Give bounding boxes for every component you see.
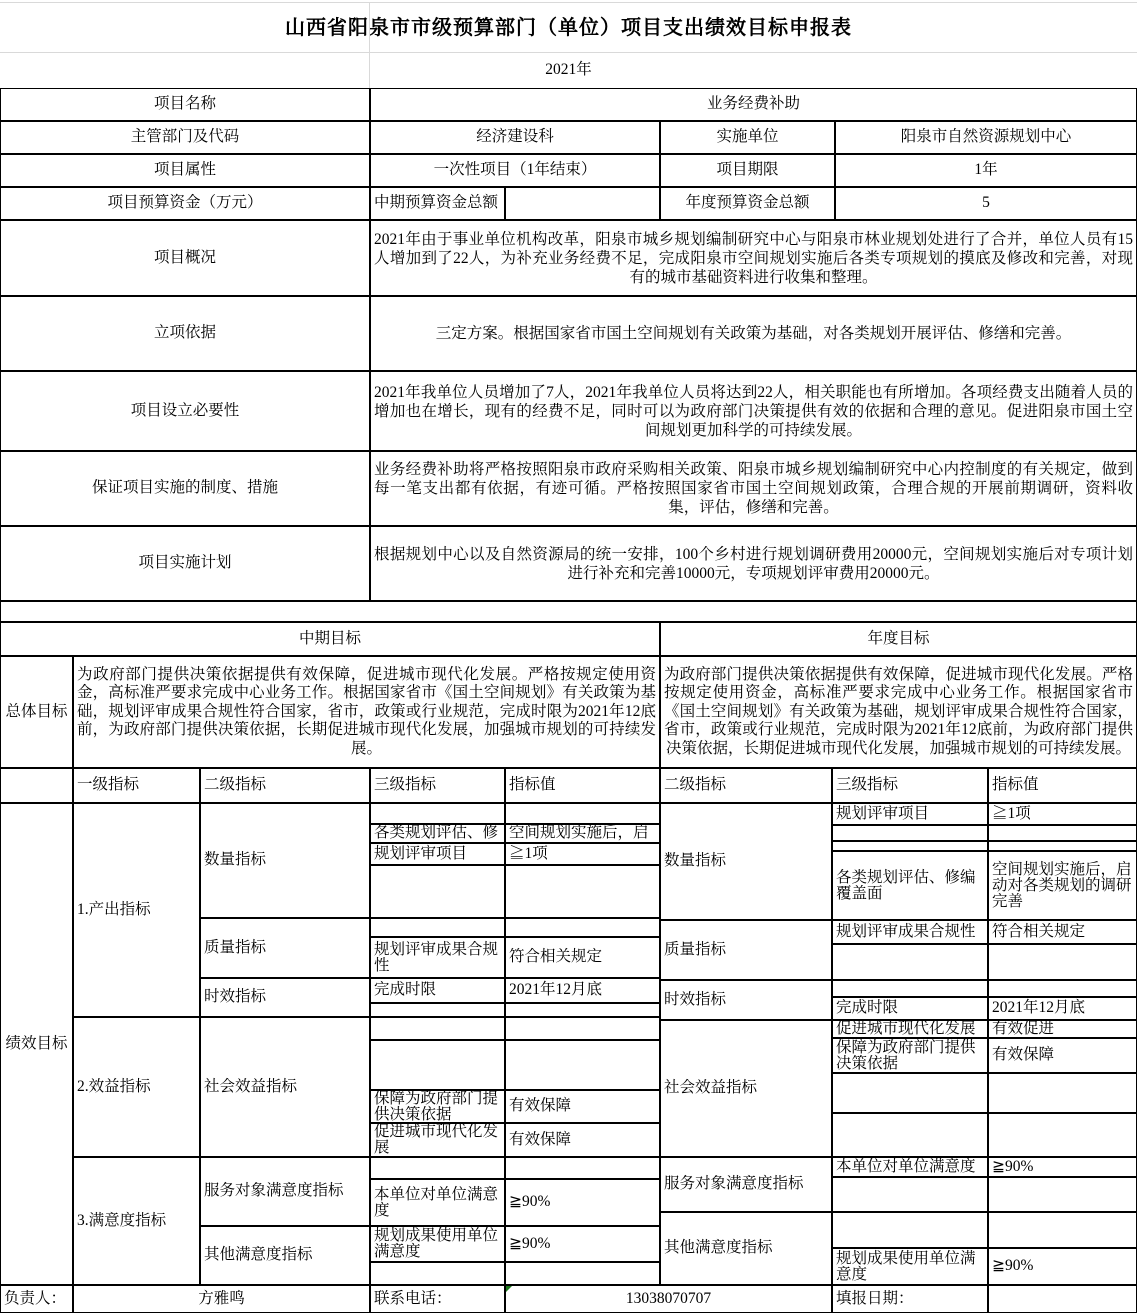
annual-compliance-name: 规划评审成果合规性 bbox=[832, 920, 988, 944]
annual-quantity-label: 数量指标 bbox=[660, 803, 832, 920]
empty-cell bbox=[505, 918, 660, 937]
phone-label: 联系电话： bbox=[370, 1285, 505, 1313]
mid-service-sat-label: 服务对象满意度指标 bbox=[200, 1157, 370, 1226]
project-name-value: 业务经费补助 bbox=[370, 88, 1137, 121]
measures-label: 保证项目实施的制度、措施 bbox=[0, 451, 370, 526]
empty-cell bbox=[988, 825, 1137, 841]
mid-compliance-name: 规划评审成果合规性 bbox=[370, 937, 505, 978]
basis-value: 三定方案。根据国家省市国土空间规划有关政策为基础，对各类规划开展评估、修缮和完善… bbox=[370, 296, 1137, 371]
mid-other-sat-label: 其他满意度指标 bbox=[200, 1226, 370, 1285]
empty-cell bbox=[988, 841, 1137, 851]
empty-cell bbox=[370, 1040, 505, 1090]
mid-compliance-value: 符合相关规定 bbox=[505, 937, 660, 978]
dept-label: 主管部门及代码 bbox=[0, 121, 370, 154]
overall-goal-annual: 为政府部门提供决策依据提供有效保障，促进城市现代化发展。严格按规定使用资金，高标… bbox=[660, 656, 1137, 768]
attr-value: 一次性项目（1年结束） bbox=[370, 154, 660, 187]
midterm-budget-value bbox=[505, 187, 660, 220]
empty-cell bbox=[505, 1262, 660, 1285]
annual-social-label: 社会效益指标 bbox=[660, 1020, 832, 1157]
empty-cell bbox=[505, 1157, 660, 1179]
annual-other-sat-label: 其他满意度指标 bbox=[660, 1212, 832, 1285]
annual-modernization-value: 有效促进 bbox=[988, 1020, 1137, 1038]
annual-quality-label: 质量指标 bbox=[660, 920, 832, 980]
impl-unit-label: 实施单位 bbox=[660, 121, 835, 154]
mid-eval-coverage-value: 空间规划实施后，启 bbox=[505, 824, 660, 843]
mid-time-label: 时效指标 bbox=[200, 978, 370, 1017]
col-level1: 一级指标 bbox=[73, 768, 200, 803]
annual-deadline-value: 2021年12月底 bbox=[988, 997, 1137, 1020]
empty-cell bbox=[370, 803, 505, 824]
attr-label: 项目属性 bbox=[0, 154, 370, 187]
manager-value: 方雅鸣 bbox=[73, 1285, 370, 1313]
empty-cell bbox=[832, 825, 988, 841]
period-label: 项目期限 bbox=[660, 154, 835, 187]
cat-benefit: 2.效益指标 bbox=[73, 1017, 200, 1157]
col-level3-annual: 三级指标 bbox=[832, 768, 988, 803]
plan-value: 根据规划中心以及自然资源局的统一安排，100个乡村进行规划调研费用20000元，… bbox=[370, 526, 1137, 601]
measures-value: 业务经费补助将严格按照阳泉市政府采购相关政策、阳泉市城乡规划编制研究中心内控制度… bbox=[370, 451, 1137, 526]
annual-review-project-value: ≧1项 bbox=[988, 803, 1137, 825]
annual-deadline-name: 完成时限 bbox=[832, 997, 988, 1020]
necessity-value: 2021年我单位人员增加了7人，2021年我单位人员将达到22人，相关职能也有所… bbox=[370, 371, 1137, 451]
annual-unit-satisfaction-name: 本单位对单位满意度 bbox=[832, 1157, 988, 1177]
necessity-label: 项目设立必要性 bbox=[0, 371, 370, 451]
empty-cell bbox=[0, 768, 73, 803]
annual-time-label: 时效指标 bbox=[660, 980, 832, 1020]
phone-value: 13038070707 bbox=[505, 1285, 832, 1313]
basis-label: 立项依据 bbox=[0, 296, 370, 371]
annual-decision-support-value: 有效保障 bbox=[988, 1038, 1137, 1073]
midterm-goal-header: 中期目标 bbox=[0, 622, 660, 656]
annual-user-satisfaction-value: ≧90% bbox=[988, 1248, 1137, 1285]
empty-cell bbox=[988, 1113, 1137, 1157]
mid-decision-support-name: 保障为政府部门提供决策依据 bbox=[370, 1090, 505, 1123]
period-value: 1年 bbox=[835, 154, 1137, 187]
project-name-label: 项目名称 bbox=[0, 88, 370, 121]
date-label: 填报日期： bbox=[832, 1285, 988, 1313]
annual-service-sat-label: 服务对象满意度指标 bbox=[660, 1157, 832, 1212]
mid-eval-coverage-name: 各类规划评估、修 bbox=[370, 824, 505, 843]
annual-eval-coverage-value: 空间规划实施后，启动对各类规划的调研完善 bbox=[988, 851, 1137, 920]
mid-deadline-value: 2021年12月底 bbox=[505, 978, 660, 1003]
annual-modernization-name: 促进城市现代化发展 bbox=[832, 1020, 988, 1038]
mid-user-satisfaction-value: ≧90% bbox=[505, 1226, 660, 1262]
annual-decision-support-name: 保障为政府部门提供决策依据 bbox=[832, 1038, 988, 1073]
mid-quality-label: 质量指标 bbox=[200, 918, 370, 978]
annual-eval-coverage-name: 各类规划评估、修编覆盖面 bbox=[832, 851, 988, 920]
cat-output: 1.产出指标 bbox=[73, 803, 200, 1017]
dept-value: 经济建设科 bbox=[370, 121, 660, 154]
empty-cell bbox=[505, 1017, 660, 1040]
overall-goal-label: 总体目标 bbox=[0, 656, 73, 768]
col-level3-mid: 三级指标 bbox=[370, 768, 505, 803]
form-year: 2021年 bbox=[0, 53, 1137, 88]
mid-social-label: 社会效益指标 bbox=[200, 1017, 370, 1157]
empty-cell bbox=[370, 1157, 505, 1179]
annual-compliance-value: 符合相关规定 bbox=[988, 920, 1137, 944]
plan-label: 项目实施计划 bbox=[0, 526, 370, 601]
empty-cell bbox=[370, 918, 505, 937]
mid-review-project-value: ≧1项 bbox=[505, 843, 660, 865]
mid-unit-satisfaction-value: ≧90% bbox=[505, 1179, 660, 1226]
midterm-budget-label: 中期预算资金总额 bbox=[370, 187, 505, 220]
perf-goal-label: 绩效目标 bbox=[0, 803, 73, 1285]
mid-modernization-name: 促进城市现代化发展 bbox=[370, 1123, 505, 1157]
empty-cell bbox=[988, 1177, 1137, 1212]
col-value-mid: 指标值 bbox=[505, 768, 660, 803]
cat-satisfaction: 3.满意度指标 bbox=[73, 1157, 200, 1285]
impl-unit-value: 阳泉市自然资源规划中心 bbox=[835, 121, 1137, 154]
empty-cell bbox=[832, 980, 988, 997]
empty-cell bbox=[370, 1017, 505, 1040]
empty-cell bbox=[505, 865, 660, 918]
date-value bbox=[988, 1285, 1137, 1313]
empty-cell bbox=[505, 803, 660, 824]
budget-label: 项目预算资金（万元） bbox=[0, 187, 370, 220]
annual-goal-header: 年度目标 bbox=[660, 622, 1137, 656]
cell-error-flag-icon bbox=[506, 1286, 512, 1292]
empty-cell bbox=[988, 1212, 1137, 1248]
col-level2-mid: 二级指标 bbox=[200, 768, 370, 803]
mid-decision-support-value: 有效保障 bbox=[505, 1090, 660, 1123]
empty-cell bbox=[370, 865, 505, 918]
empty-cell bbox=[832, 1177, 988, 1212]
overview-value: 2021年由于事业单位机构改革，阳泉市城乡规划编制研究中心与阳泉市林业规划处进行… bbox=[370, 220, 1137, 296]
empty-cell bbox=[832, 1073, 988, 1113]
empty-cell bbox=[832, 841, 988, 851]
empty-cell bbox=[370, 1003, 505, 1017]
empty-cell bbox=[988, 1073, 1137, 1113]
annual-review-project-name: 规划评审项目 bbox=[832, 803, 988, 825]
empty-cell bbox=[988, 980, 1137, 997]
empty-cell bbox=[505, 1040, 660, 1090]
col-value-annual: 指标值 bbox=[988, 768, 1137, 803]
gridline bbox=[369, 2, 370, 88]
empty-cell bbox=[988, 944, 1137, 980]
mid-modernization-value: 有效保障 bbox=[505, 1123, 660, 1157]
annual-user-satisfaction-name: 规划成果使用单位满意度 bbox=[832, 1248, 988, 1285]
budget-performance-form: 山西省阳泉市市级预算部门（单位）项目支出绩效目标申报表 2021年 项目名称 业… bbox=[0, 0, 1137, 1313]
empty-cell bbox=[370, 1262, 505, 1285]
overall-goal-midterm: 为政府部门提供决策依据提供有效保障，促进城市现代化发展。严格按规定使用资金，高标… bbox=[73, 656, 660, 768]
empty-cell bbox=[505, 1003, 660, 1017]
spacer-row bbox=[0, 601, 1137, 622]
empty-cell bbox=[832, 944, 988, 980]
empty-cell bbox=[832, 1113, 988, 1157]
form-title: 山西省阳泉市市级预算部门（单位）项目支出绩效目标申报表 bbox=[0, 2, 1137, 53]
manager-label: 负责人： bbox=[0, 1285, 73, 1313]
overview-label: 项目概况 bbox=[0, 220, 370, 296]
annual-unit-satisfaction-value: ≧90% bbox=[988, 1157, 1137, 1177]
mid-review-project-name: 规划评审项目 bbox=[370, 843, 505, 865]
annual-budget-value: 5 bbox=[835, 187, 1137, 220]
mid-unit-satisfaction-name: 本单位对单位满意度 bbox=[370, 1179, 505, 1226]
mid-deadline-name: 完成时限 bbox=[370, 978, 505, 1003]
col-level2-annual: 二级指标 bbox=[660, 768, 832, 803]
empty-cell bbox=[832, 1212, 988, 1248]
mid-quantity-label: 数量指标 bbox=[200, 803, 370, 918]
mid-user-satisfaction-name: 规划成果使用单位满意度 bbox=[370, 1226, 505, 1262]
annual-budget-label: 年度预算资金总额 bbox=[660, 187, 835, 220]
